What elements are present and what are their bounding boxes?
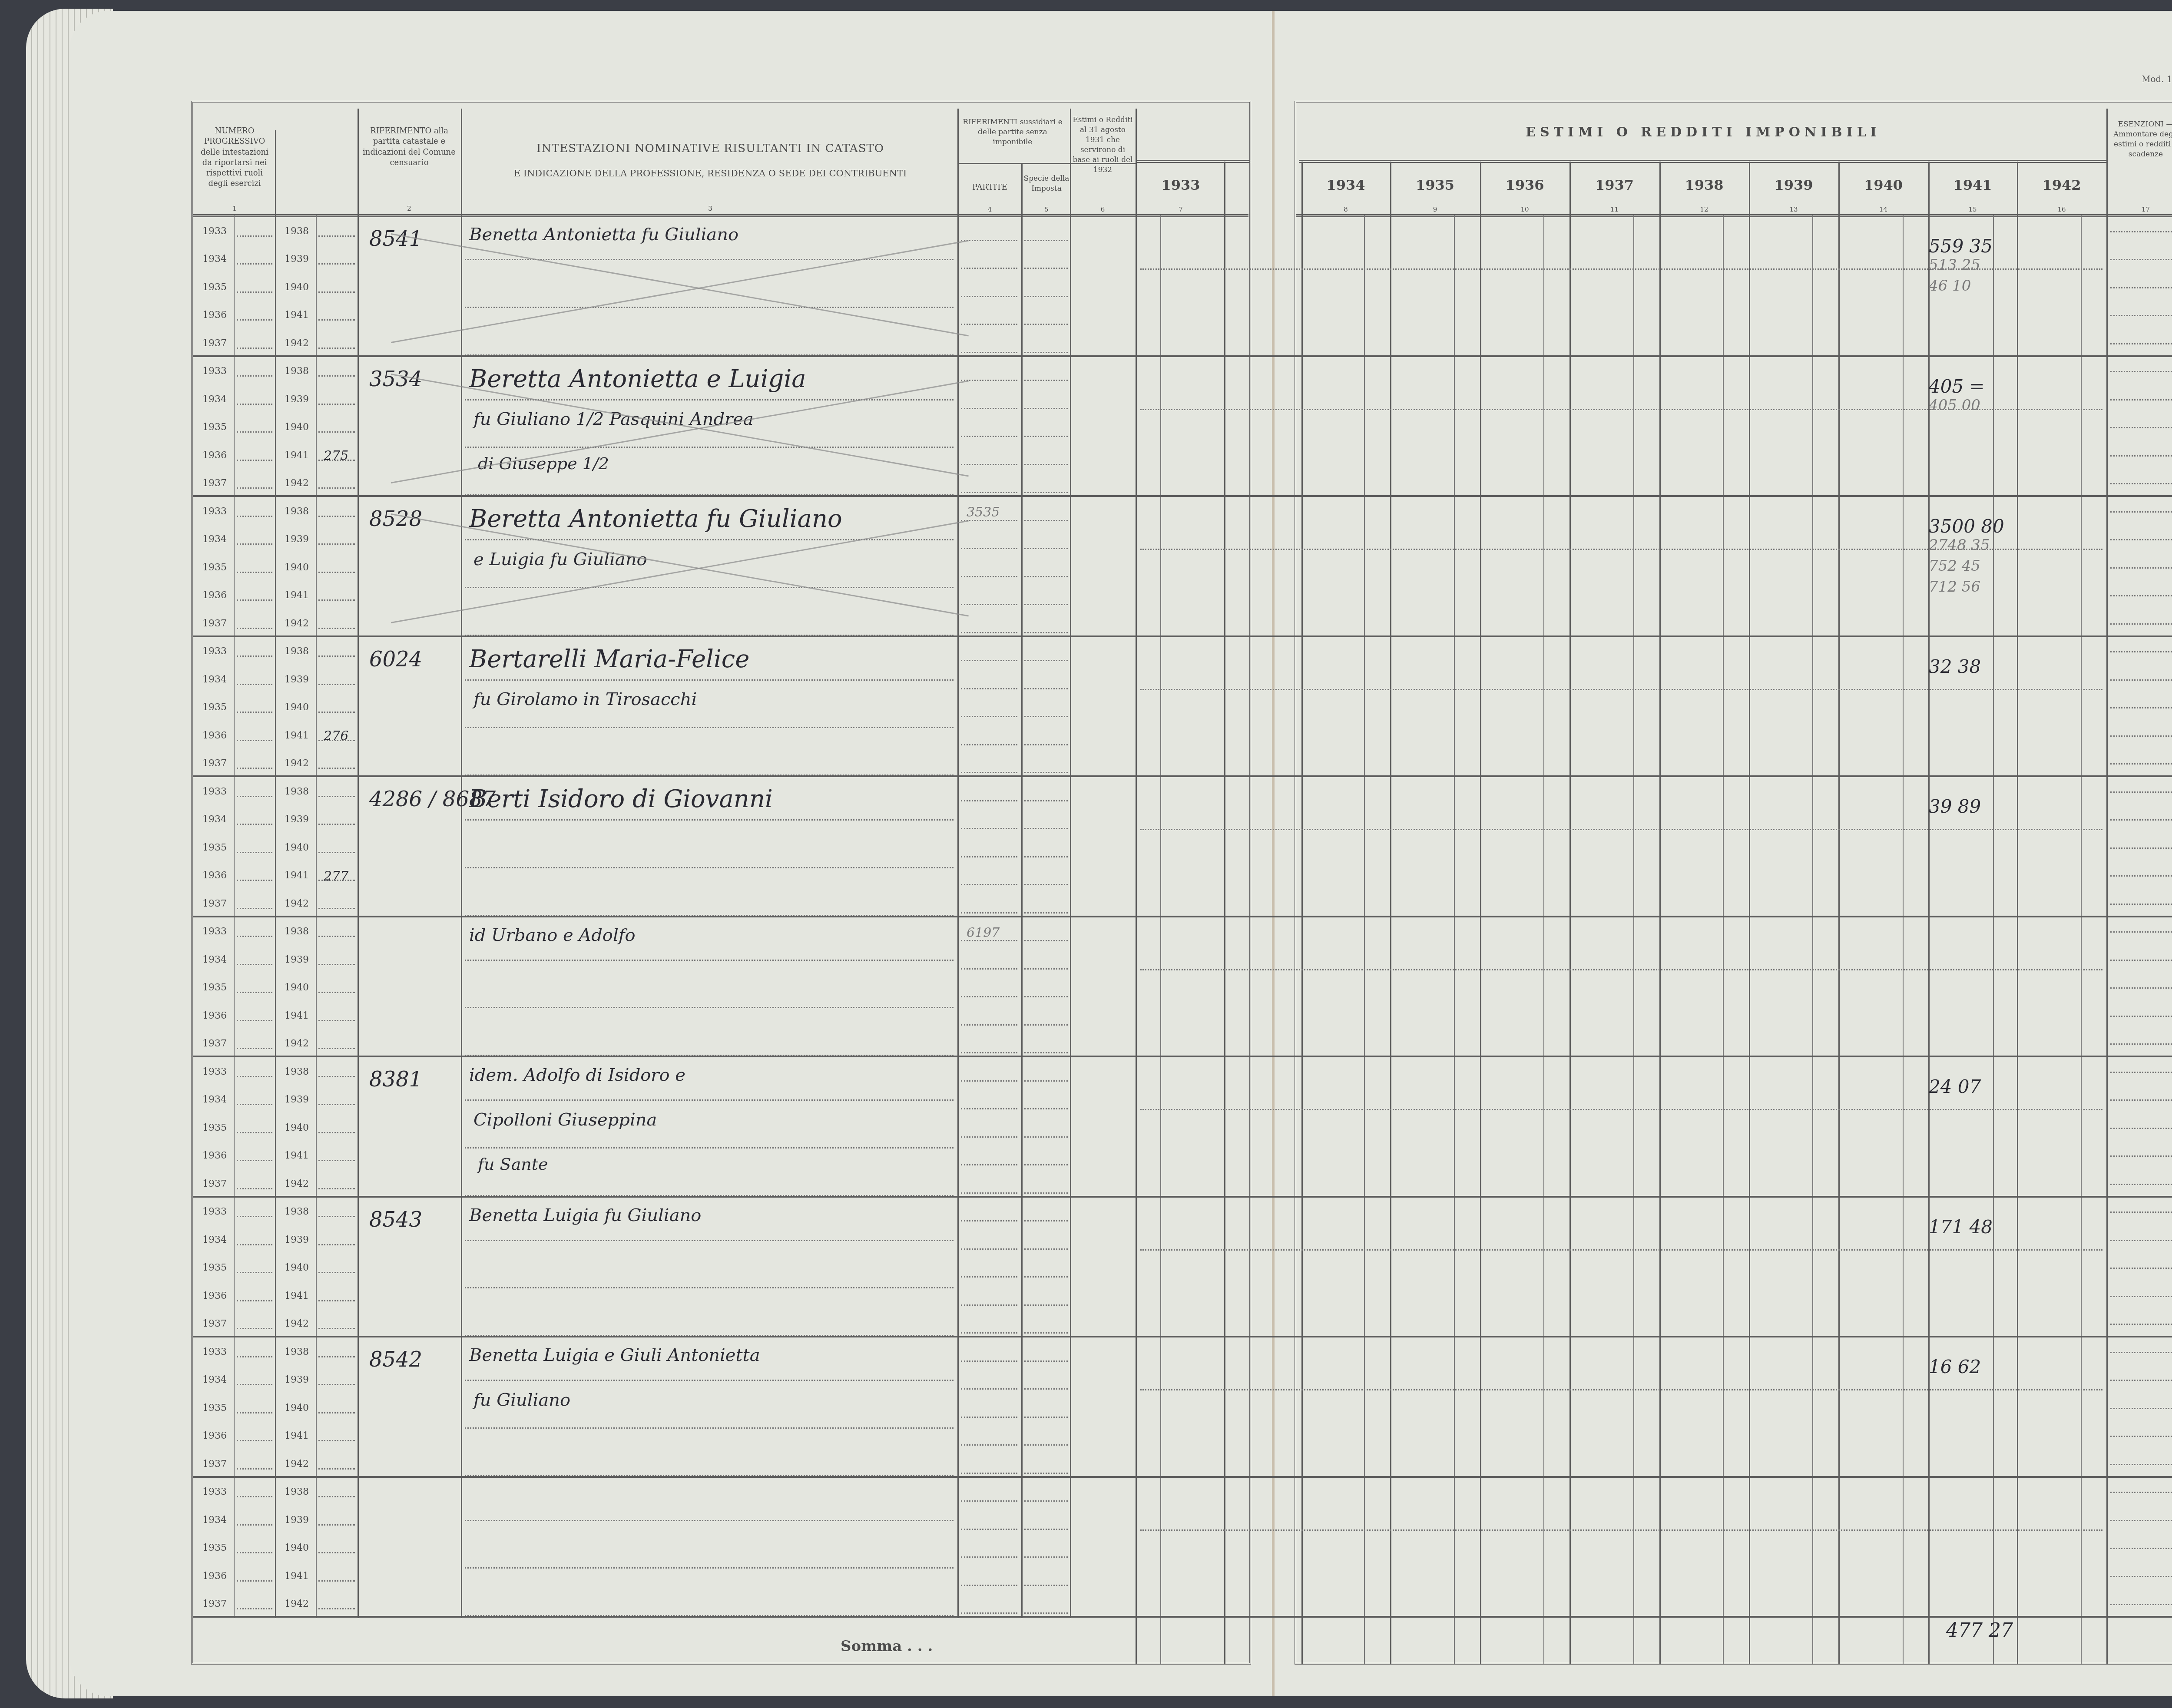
year-dotted-line bbox=[237, 768, 272, 769]
entry-name-line2: fu Giuliano bbox=[473, 1390, 570, 1410]
year-label-left: 1937 bbox=[197, 1178, 232, 1189]
row-dotted-line bbox=[961, 1192, 1017, 1194]
row-dotted-line bbox=[1024, 1444, 1068, 1446]
year-dotted-line bbox=[237, 375, 272, 377]
year-dotted-line bbox=[318, 852, 355, 853]
year-dotted-line bbox=[318, 348, 355, 349]
year-label-right: 1939 bbox=[279, 254, 314, 265]
year-label-left: 1937 bbox=[197, 338, 232, 349]
year-dotted-line bbox=[237, 740, 272, 741]
row-dotted-line bbox=[465, 1427, 954, 1429]
year-dotted-line bbox=[237, 992, 272, 993]
year-label-left: 1937 bbox=[197, 1459, 232, 1470]
header-year-1938-num: 12 bbox=[1659, 205, 1749, 214]
row-dotted-line bbox=[1024, 436, 1068, 437]
row-dotted-line bbox=[2110, 1099, 2172, 1101]
year-label-left: 1934 bbox=[197, 1094, 232, 1105]
year-dotted-line bbox=[318, 1188, 355, 1189]
row-dotted-line bbox=[961, 1248, 1017, 1250]
row-dotted-line bbox=[961, 1444, 1017, 1446]
entry-name-line3: fu Sante bbox=[478, 1155, 548, 1174]
year-label-left: 1934 bbox=[197, 814, 232, 825]
year-label-left: 1936 bbox=[197, 590, 232, 601]
row-dotted-line bbox=[1024, 1417, 1068, 1418]
year-label-left: 1933 bbox=[197, 226, 232, 237]
header-year-1940: 1940 bbox=[1838, 176, 1928, 195]
row-dotted-line bbox=[961, 632, 1017, 633]
col-line-14 bbox=[1838, 162, 1840, 1664]
model-label-text: Mod. 111 - Imposte Dirette bbox=[2142, 74, 2172, 84]
header-year-1937-num: 11 bbox=[1569, 205, 1659, 214]
col-line-1b bbox=[358, 109, 359, 1618]
col-line-3 bbox=[957, 109, 959, 1618]
row-dotted-line bbox=[2110, 1072, 2172, 1073]
model-label: Mod. 111 - Imposte Dirette (Intercalare)… bbox=[2142, 74, 2172, 84]
row-dotted-line bbox=[465, 727, 954, 728]
year-label-left: 1933 bbox=[197, 1206, 232, 1217]
row-dotted-line bbox=[465, 1567, 954, 1569]
entry-1941-value: 16 62 bbox=[1929, 1356, 1981, 1377]
entry-partita: 8542 bbox=[369, 1347, 422, 1372]
row-dotted-line bbox=[1024, 1360, 1068, 1362]
row-dotted-line bbox=[1024, 744, 1068, 745]
year-label-right: 1941 bbox=[279, 870, 314, 881]
header-year-1941: 1941 bbox=[1928, 176, 2017, 195]
year-dotted-line bbox=[318, 516, 355, 517]
col-line-11 bbox=[1569, 162, 1571, 1664]
year-dotted-line bbox=[318, 1440, 355, 1441]
row-dotted-line bbox=[2110, 287, 2172, 288]
row-dotted-line bbox=[2110, 623, 2172, 625]
header-col3-num: 3 bbox=[465, 204, 956, 213]
year-dotted-line bbox=[318, 1356, 355, 1357]
year-label-right: 1942 bbox=[279, 758, 314, 769]
year-dotted-line bbox=[318, 936, 355, 937]
row-dotted-line bbox=[2110, 1128, 2172, 1129]
year-label-right: 1938 bbox=[279, 506, 314, 517]
year-dotted-line bbox=[237, 1440, 272, 1441]
row-dotted-line bbox=[2110, 1352, 2172, 1353]
row-dotted-line bbox=[1024, 520, 1068, 521]
row-dotted-line bbox=[1024, 688, 1068, 689]
row-dotted-line bbox=[2110, 259, 2172, 260]
year-label-right: 1938 bbox=[279, 646, 314, 657]
row-dotted-line bbox=[1024, 240, 1068, 241]
row-dotted-line bbox=[1024, 632, 1068, 633]
row-dotted-line bbox=[961, 1220, 1017, 1221]
entry-separator bbox=[193, 1056, 2172, 1057]
row-dotted-line bbox=[1024, 1192, 1068, 1194]
year-label-right: 1942 bbox=[279, 1318, 314, 1329]
year-label-left: 1934 bbox=[197, 674, 232, 685]
year-dotted-line bbox=[237, 543, 272, 545]
year-dotted-line bbox=[237, 1300, 272, 1301]
row-dotted-line bbox=[1140, 969, 2102, 970]
row-dotted-line bbox=[1024, 576, 1068, 577]
row-dotted-line bbox=[1024, 268, 1068, 269]
year-dotted-line bbox=[237, 1160, 272, 1161]
col-line-8 bbox=[1301, 162, 1303, 1664]
year-label-right: 1940 bbox=[279, 282, 314, 293]
year-dotted-line bbox=[237, 880, 272, 881]
row-dotted-line bbox=[961, 1360, 1017, 1362]
header-year-1942-num: 16 bbox=[2017, 205, 2106, 214]
row-dotted-line bbox=[961, 1612, 1017, 1614]
row-dotted-line bbox=[961, 1556, 1017, 1558]
col-line-10 bbox=[1480, 162, 1481, 1664]
entry-1941-value: 39 89 bbox=[1929, 796, 1981, 817]
row-dotted-line bbox=[2110, 847, 2172, 849]
row-dotted-line bbox=[961, 856, 1017, 857]
year-dotted-line bbox=[237, 655, 272, 657]
row-dotted-line bbox=[2110, 1324, 2172, 1325]
year-label-right: 1939 bbox=[279, 954, 314, 965]
row-dotted-line bbox=[2110, 595, 2172, 596]
header-year-1935: 1935 bbox=[1390, 176, 1480, 195]
row-dotted-line bbox=[1024, 1304, 1068, 1306]
col-line-11b bbox=[1633, 215, 1634, 1664]
row-dotted-line bbox=[961, 1388, 1017, 1390]
year-label-right: 1939 bbox=[279, 674, 314, 685]
year-dotted-line bbox=[318, 599, 355, 601]
entry-1941-value: 24 07 bbox=[1929, 1076, 1981, 1097]
year-label-left: 1933 bbox=[197, 1347, 232, 1357]
year-label-right: 1940 bbox=[279, 1262, 314, 1273]
row-dotted-line bbox=[961, 1332, 1017, 1334]
row-dotted-line bbox=[961, 1080, 1017, 1082]
row-dotted-line bbox=[465, 1287, 954, 1288]
row-dotted-line bbox=[961, 464, 1017, 465]
header-year-1935-num: 9 bbox=[1390, 205, 1480, 214]
year-label-left: 1934 bbox=[197, 1374, 232, 1385]
book-gutter bbox=[1272, 11, 1275, 1696]
entry-1941-value: 3500 80 bbox=[1929, 516, 2004, 537]
row-dotted-line bbox=[961, 380, 1017, 381]
row-dotted-line bbox=[1024, 604, 1068, 605]
row-dotted-line bbox=[2110, 343, 2172, 344]
year-dotted-line bbox=[237, 1244, 272, 1245]
entry-1941-value: 513 25 bbox=[1929, 256, 1980, 274]
row-dotted-line bbox=[2110, 931, 2172, 933]
year-label-left: 1936 bbox=[197, 1150, 232, 1161]
row-dotted-line bbox=[1024, 548, 1068, 549]
row-dotted-line bbox=[2110, 1184, 2172, 1185]
col-line-13 bbox=[1749, 162, 1750, 1664]
row-dotted-line bbox=[1140, 829, 2102, 830]
header-col1: NUMERO PROGRESSIVO delle intestazioni da… bbox=[195, 126, 274, 189]
entry-name-line2: Cipolloni Giuseppina bbox=[473, 1110, 657, 1130]
year-dotted-line bbox=[318, 1328, 355, 1329]
entry-name-line1: Bertarelli Maria-Felice bbox=[469, 645, 749, 673]
row-dotted-line bbox=[1024, 660, 1068, 661]
row-dotted-line bbox=[1024, 296, 1068, 297]
year-label-right: 1940 bbox=[279, 1122, 314, 1133]
col-line-5 bbox=[1070, 109, 1071, 1618]
entry-separator bbox=[193, 1196, 2172, 1198]
year-dotted-line bbox=[318, 1160, 355, 1161]
year-dotted-line bbox=[318, 572, 355, 573]
year-label-left: 1935 bbox=[197, 842, 232, 853]
header-col4-num: 4 bbox=[958, 205, 1021, 214]
row-dotted-line bbox=[961, 1052, 1017, 1053]
year-dotted-line bbox=[318, 1552, 355, 1553]
year-label-right: 1941 bbox=[279, 450, 314, 461]
year-dotted-line bbox=[237, 1048, 272, 1049]
header-estimi-title: ESTIMI O REDDITI IMPONIBILI bbox=[1301, 124, 2105, 142]
row-dotted-line bbox=[961, 324, 1017, 325]
row-dotted-line bbox=[2110, 1268, 2172, 1269]
year-dotted-line bbox=[318, 291, 355, 293]
col-line-13b bbox=[1812, 215, 1813, 1664]
year-label-left: 1933 bbox=[197, 1066, 232, 1077]
year-dotted-line bbox=[237, 1132, 272, 1133]
year-label-right: 1942 bbox=[279, 1459, 314, 1470]
year-dotted-line bbox=[237, 1076, 272, 1077]
header-col17: ESENZIONI — Ammontare degli estimi o red… bbox=[2108, 119, 2172, 159]
year-label-left: 1935 bbox=[197, 1542, 232, 1553]
left-table-frame bbox=[191, 101, 1251, 1665]
entry-name-line1: Benetta Antonietta fu Giuliano bbox=[469, 225, 738, 245]
row-dotted-line bbox=[2110, 1296, 2172, 1297]
year-dotted-line bbox=[237, 1608, 272, 1609]
year-label-left: 1933 bbox=[197, 1486, 232, 1497]
col-line-14b bbox=[1903, 215, 1904, 1664]
row-dotted-line bbox=[1140, 1109, 2102, 1110]
header-col1-num: 1 bbox=[195, 204, 274, 213]
year-dotted-line bbox=[318, 235, 355, 237]
year-label-left: 1935 bbox=[197, 702, 232, 713]
year-dotted-line bbox=[237, 1356, 272, 1357]
right-table-frame bbox=[1295, 101, 2172, 1665]
row-dotted-line bbox=[465, 819, 954, 821]
row-dotted-line bbox=[961, 240, 1017, 241]
entry-1941-value: 559 35 bbox=[1929, 235, 1993, 257]
year-dotted-line bbox=[318, 1580, 355, 1582]
riferimenti-divider bbox=[958, 163, 1136, 164]
year-label-left: 1934 bbox=[197, 254, 232, 265]
year-dotted-line bbox=[237, 796, 272, 797]
year-label-right: 1938 bbox=[279, 926, 314, 937]
row-dotted-line bbox=[2110, 819, 2172, 821]
row-dotted-line bbox=[2110, 511, 2172, 513]
entry-separator bbox=[193, 355, 2172, 357]
row-dotted-line bbox=[961, 408, 1017, 409]
row-dotted-line bbox=[1024, 324, 1068, 325]
header-year-1939: 1939 bbox=[1749, 176, 1838, 195]
year-dotted-line bbox=[237, 1384, 272, 1385]
year-label-left: 1937 bbox=[197, 1599, 232, 1609]
row-dotted-line bbox=[1024, 1220, 1068, 1221]
entry-1941-value: 752 45 bbox=[1929, 557, 1980, 575]
entry-1941-value: 2748 35 bbox=[1929, 536, 1990, 554]
year-label-left: 1934 bbox=[197, 1515, 232, 1526]
row-dotted-line bbox=[1024, 912, 1068, 914]
entry-1941-value: 405 00 bbox=[1929, 397, 1980, 414]
row-dotted-line bbox=[465, 1380, 954, 1381]
entry-name-line1: Benetta Luigia fu Giuliano bbox=[469, 1205, 701, 1225]
entry-1941-value: 46 10 bbox=[1929, 277, 1971, 295]
row-dotted-line bbox=[961, 1585, 1017, 1586]
year-dotted-line bbox=[318, 263, 355, 265]
year-label-right: 1941 bbox=[279, 1430, 314, 1441]
header-year-1939-num: 13 bbox=[1749, 205, 1838, 214]
row-dotted-line bbox=[2110, 987, 2172, 989]
year-label-right: 1941 bbox=[279, 590, 314, 601]
row-dotted-line bbox=[961, 772, 1017, 773]
year-label-left: 1936 bbox=[197, 450, 232, 461]
year-dotted-line bbox=[318, 404, 355, 405]
row-dotted-line bbox=[2110, 1043, 2172, 1045]
row-dotted-line bbox=[1024, 1024, 1068, 1026]
year-label-left: 1933 bbox=[197, 646, 232, 657]
year-dotted-line bbox=[318, 768, 355, 769]
col-line-12b bbox=[1723, 215, 1724, 1664]
row-dotted-line bbox=[2110, 1240, 2172, 1241]
entry-1941-value: 712 56 bbox=[1929, 578, 1980, 596]
header-col5: Specie della Imposta bbox=[1023, 174, 1070, 194]
entry-partita: 8543 bbox=[369, 1208, 422, 1232]
row-dotted-line bbox=[1024, 716, 1068, 717]
year-label-right: 1939 bbox=[279, 1374, 314, 1385]
year-dotted-line bbox=[318, 431, 355, 433]
row-dotted-line bbox=[1024, 1108, 1068, 1109]
year-dotted-line bbox=[237, 404, 272, 405]
row-dotted-line bbox=[465, 307, 954, 308]
row-dotted-line bbox=[465, 1147, 954, 1149]
entry-separator bbox=[193, 1476, 2172, 1478]
somma-separator bbox=[193, 1616, 2172, 1618]
row-dotted-line bbox=[2110, 875, 2172, 877]
year-dotted-line bbox=[237, 936, 272, 937]
header-year-1936: 1936 bbox=[1480, 176, 1569, 195]
year-label-right: 1942 bbox=[279, 898, 314, 909]
year-dotted-line bbox=[318, 684, 355, 685]
header-year-1936-num: 10 bbox=[1480, 205, 1569, 214]
row-dotted-line bbox=[2110, 567, 2172, 569]
header-year-1937: 1937 bbox=[1569, 176, 1659, 195]
year-label-right: 1938 bbox=[279, 1347, 314, 1357]
year-dotted-line bbox=[237, 1216, 272, 1217]
entry-1941-value: 171 48 bbox=[1929, 1216, 1993, 1238]
header-year-1938: 1938 bbox=[1659, 176, 1749, 195]
year-dotted-line bbox=[318, 1496, 355, 1497]
year-label-left: 1937 bbox=[197, 1318, 232, 1329]
col-line-16 bbox=[2017, 162, 2018, 1664]
entry-partita: 8541 bbox=[369, 227, 422, 251]
row-dotted-line bbox=[465, 867, 954, 868]
year-dotted-line bbox=[237, 964, 272, 965]
year-dotted-line bbox=[237, 852, 272, 853]
year-dotted-line bbox=[237, 824, 272, 825]
row-dotted-line bbox=[1140, 1529, 2102, 1531]
year-dotted-line bbox=[237, 712, 272, 713]
row-dotted-line bbox=[1024, 464, 1068, 465]
year-dotted-line bbox=[237, 572, 272, 573]
year-label-left: 1936 bbox=[197, 1010, 232, 1021]
row-dotted-line bbox=[2110, 651, 2172, 652]
header-year-1941-num: 15 bbox=[1928, 205, 2017, 214]
row-dotted-line bbox=[1024, 940, 1068, 941]
year-dotted-line bbox=[318, 487, 355, 489]
row-dotted-line bbox=[2110, 399, 2172, 401]
header-col5-num: 5 bbox=[1023, 205, 1070, 214]
row-dotted-line bbox=[961, 436, 1017, 437]
year-dotted-line bbox=[318, 375, 355, 377]
row-dotted-line bbox=[1024, 408, 1068, 409]
year-dotted-line bbox=[318, 1300, 355, 1301]
row-dotted-line bbox=[2110, 539, 2172, 540]
year-dotted-line bbox=[237, 487, 272, 489]
row-dotted-line bbox=[465, 679, 954, 681]
row-dotted-line bbox=[961, 912, 1017, 914]
row-dotted-line bbox=[961, 1500, 1017, 1502]
row-dotted-line bbox=[2110, 1576, 2172, 1577]
entry-side-note: 277 bbox=[324, 869, 348, 884]
row-dotted-line bbox=[1024, 1248, 1068, 1250]
row-dotted-line bbox=[2110, 1436, 2172, 1437]
year-dotted-line bbox=[318, 1244, 355, 1245]
row-dotted-line bbox=[2110, 1408, 2172, 1409]
row-dotted-line bbox=[1024, 1500, 1068, 1502]
row-dotted-line bbox=[961, 716, 1017, 717]
col-line-17 bbox=[2106, 109, 2108, 1664]
row-dotted-line bbox=[2110, 1016, 2172, 1017]
row-dotted-line bbox=[465, 1099, 954, 1101]
year-label-left: 1936 bbox=[197, 730, 232, 741]
somma-label: Somma . . . bbox=[841, 1638, 933, 1655]
year-label-right: 1940 bbox=[279, 842, 314, 853]
row-dotted-line bbox=[961, 268, 1017, 269]
year-label-right: 1938 bbox=[279, 1486, 314, 1497]
year-dotted-line bbox=[318, 712, 355, 713]
row-dotted-line bbox=[2110, 231, 2172, 232]
year-label-right: 1940 bbox=[279, 982, 314, 993]
entry-name-line2: e Luigia fu Giuliano bbox=[473, 549, 647, 569]
row-dotted-line bbox=[961, 548, 1017, 549]
year-label-right: 1941 bbox=[279, 1571, 314, 1582]
row-dotted-line bbox=[961, 492, 1017, 493]
col-line-9 bbox=[1390, 162, 1391, 1664]
year-label-right: 1938 bbox=[279, 366, 314, 377]
year-label-right: 1939 bbox=[279, 1094, 314, 1105]
row-dotted-line bbox=[961, 688, 1017, 689]
year-dotted-line bbox=[318, 319, 355, 321]
col-line-6 bbox=[1136, 109, 1137, 1664]
row-dotted-line bbox=[961, 828, 1017, 829]
year-dotted-line bbox=[237, 599, 272, 601]
col-line-12 bbox=[1659, 162, 1661, 1664]
row-dotted-line bbox=[1024, 1136, 1068, 1138]
year-dotted-line bbox=[318, 992, 355, 993]
col-line-7 bbox=[1224, 162, 1225, 1664]
col-line-10b bbox=[1543, 215, 1544, 1664]
entry-name-line1: idem. Adolfo di Isidoro e bbox=[469, 1065, 685, 1085]
row-dotted-line bbox=[1140, 1389, 2102, 1390]
col-line-2 bbox=[461, 109, 462, 1618]
row-dotted-line bbox=[1140, 689, 2102, 690]
year-label-right: 1941 bbox=[279, 730, 314, 741]
row-dotted-line bbox=[961, 1417, 1017, 1418]
year-dotted-line bbox=[318, 1524, 355, 1526]
row-dotted-line bbox=[1024, 1388, 1068, 1390]
row-dotted-line bbox=[2110, 1211, 2172, 1213]
row-dotted-line bbox=[961, 352, 1017, 353]
year-dotted-line bbox=[237, 1104, 272, 1105]
year-dotted-line bbox=[318, 543, 355, 545]
year-label-left: 1936 bbox=[197, 870, 232, 881]
header-col6-num: 6 bbox=[1071, 205, 1134, 214]
year-label-left: 1933 bbox=[197, 506, 232, 517]
